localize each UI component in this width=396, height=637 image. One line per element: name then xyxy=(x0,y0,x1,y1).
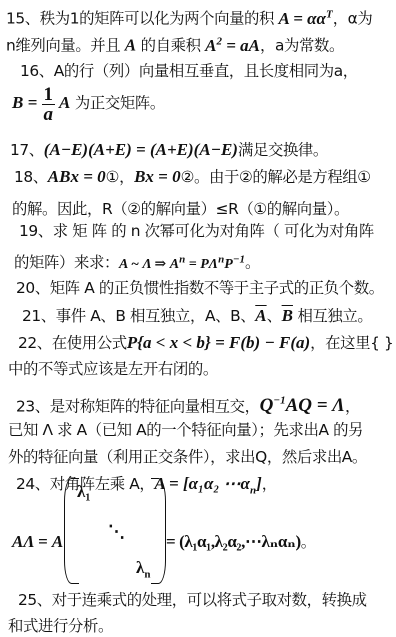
math-formula: A xyxy=(125,36,136,55)
math-formula: A ~ Λ ⇒ An = PΛnP−1 xyxy=(119,257,245,272)
item-text: 、秩为1的矩阵可以化为两个向量的积 xyxy=(25,10,274,28)
item-number: 22 xyxy=(18,334,37,352)
math-formula: B xyxy=(282,306,293,325)
item-15-line-1: 15、秩为1的矩阵可以化为两个向量的积 A = ααT，α为 xyxy=(6,4,372,29)
item-23-line-3: 外的特征向量（利用正交条件），求出Q，然后求出A。 xyxy=(8,447,367,467)
item-text: ①， xyxy=(106,168,134,186)
item-text: ，在这里{ } xyxy=(310,334,393,352)
item-text: 、求 矩 阵 的 n 次幂可化为对角阵（ 可化为对角阵 xyxy=(38,222,374,240)
fraction: 1 a xyxy=(42,86,55,125)
math-formula: A xyxy=(255,306,266,325)
item-text: 的解。因此，R（②的解向量）≤R（①的解向量）。 xyxy=(12,200,349,218)
item-number: 21 xyxy=(22,307,41,325)
item-text: 、是对称矩阵的特征向量相互交， xyxy=(35,397,260,415)
item-text: 、 xyxy=(29,141,44,159)
item-text: 相互独立。 xyxy=(293,307,372,325)
item-number: 15 xyxy=(6,10,25,28)
math-formula: ABx = 0 xyxy=(48,167,106,186)
item-23-line-1: 23、是对称矩阵的特征向量相互交，Q−1AQ = Λ， xyxy=(16,391,360,416)
item-17-line-1: 17、(A−E)(A+E) = (A+E)(A−E)满足交换律。 xyxy=(10,140,328,160)
item-text: ②。由于②的解必是方程组① xyxy=(181,168,371,186)
item-text: 、在使用公式 xyxy=(37,334,127,352)
item-text: 。 xyxy=(245,254,260,272)
item-number: 24 xyxy=(16,475,35,493)
item-text: 的矩阵）来求： xyxy=(14,254,119,272)
math-formula: B = xyxy=(12,93,42,112)
item-23-line-2: 已知 Λ 求 A（已知 A的一个特征向量）；先求出A 的另 xyxy=(8,420,363,440)
item-text: 、 xyxy=(267,307,282,325)
math-formula: (A−E)(A+E) = (A+E)(A−E) xyxy=(44,140,238,159)
item-24-matrix-lhs: AΛ = A xyxy=(12,532,63,552)
item-number: 23 xyxy=(16,397,35,415)
item-22-line-2: 中的不等式应该是左开右闭的。 xyxy=(8,359,218,379)
item-16-line-2: B = 1 a A 为正交矩阵。 xyxy=(12,84,165,134)
item-24-matrix-rhs: = (λ₁α₁,λ₂α₂,⋯λₙαₙ)。 xyxy=(166,532,316,552)
item-number: 19 xyxy=(19,222,38,240)
item-text: 外的特征向量（利用正交条件），求出Q，然后求出A。 xyxy=(8,448,367,466)
item-text: 为正交矩阵。 xyxy=(70,94,164,112)
item-text: ， xyxy=(345,397,360,415)
item-number: 17 xyxy=(10,141,29,159)
item-number: 20 xyxy=(16,279,35,297)
item-16-line-1: 16、A的行（列）向量相互垂直，且长度相同为a， xyxy=(20,61,358,81)
item-text: ，α为 xyxy=(333,10,373,28)
item-text: 、对于连乘式的处理，可以将式子取对数，转换成 xyxy=(37,591,367,609)
item-text: 、A的行（列）向量相互垂直，且长度相同为a， xyxy=(39,62,358,80)
math-formula: A2 = aA xyxy=(205,36,260,55)
matrix-element: λ₁ xyxy=(77,482,90,502)
math-formula: Bx = 0 xyxy=(134,167,181,186)
item-text: 中的不等式应该是左开右闭的。 xyxy=(8,360,218,378)
math-formula: P{a < x < b} = F(b) − F(a) xyxy=(127,333,310,352)
math-formula: A = ααT xyxy=(279,9,333,28)
item-20-line-1: 20、矩阵 A 的正负惯性指数不等于主子式的正负个数。 xyxy=(16,278,384,298)
item-21-line-1: 21、事件 A、B 相互独立，A、B、A、B 相互独立。 xyxy=(22,306,372,326)
item-text: 、矩阵 A 的正负惯性指数不等于主子式的正负个数。 xyxy=(35,279,384,297)
math-formula: A xyxy=(59,93,70,112)
item-number: 18 xyxy=(14,168,33,186)
matrix-dots: ⋱ xyxy=(108,522,125,542)
item-15-line-2: n维列向量。并且 A 的自乘积 A2 = aA，a为常数。 xyxy=(6,31,344,56)
math-formula: Q−1AQ = Λ xyxy=(260,395,345,416)
item-text: 满足交换律。 xyxy=(238,141,328,159)
matrix-element: λn xyxy=(136,558,150,580)
item-text: 。 xyxy=(301,533,316,551)
item-text: ，a为常数。 xyxy=(260,37,344,55)
item-text: ， xyxy=(262,475,277,493)
item-25-line-1: 25、对于连乘式的处理，可以将式子取对数，转换成 xyxy=(18,590,367,610)
math-formula: A = [α₁α₂ ⋯αn] xyxy=(154,474,261,493)
right-paren xyxy=(151,478,166,584)
item-18-line-2: 的解。因此，R（②的解向量）≤R（①的解向量）。 xyxy=(12,199,349,219)
math-formula: = (λ₁α₁,λ₂α₂,⋯λₙαₙ) xyxy=(166,532,301,551)
item-text: 和式进行分析。 xyxy=(8,617,113,635)
item-text: 已知 Λ 求 A（已知 A的一个特征向量）；先求出A 的另 xyxy=(8,421,363,439)
item-text: n维列向量。并且 xyxy=(6,37,120,55)
item-number: 25 xyxy=(18,591,37,609)
item-19-line-1: 19、求 矩 阵 的 n 次幂可化为对角阵（ 可化为对角阵 xyxy=(19,221,374,241)
item-text: 、事件 A、B 相互独立，A、B、 xyxy=(41,307,255,325)
item-number: 16 xyxy=(20,62,39,80)
item-19-line-2: 的矩阵）来求：A ~ Λ ⇒ An = PΛnP−1。 xyxy=(14,249,260,275)
math-formula: AΛ = A xyxy=(12,532,63,551)
item-18-line-1: 18、ABx = 0①，Bx = 0②。由于②的解必是方程组① xyxy=(14,167,371,187)
item-22-line-1: 22、在使用公式P{a < x < b} = F(b) − F(a)，在这里{ … xyxy=(18,333,393,353)
item-25-line-2: 和式进行分析。 xyxy=(8,616,113,636)
item-text: 的自乘积 xyxy=(136,37,205,55)
item-text: 、 xyxy=(33,168,48,186)
diagonal-matrix: λ₁ ⋱ λn xyxy=(64,478,166,588)
